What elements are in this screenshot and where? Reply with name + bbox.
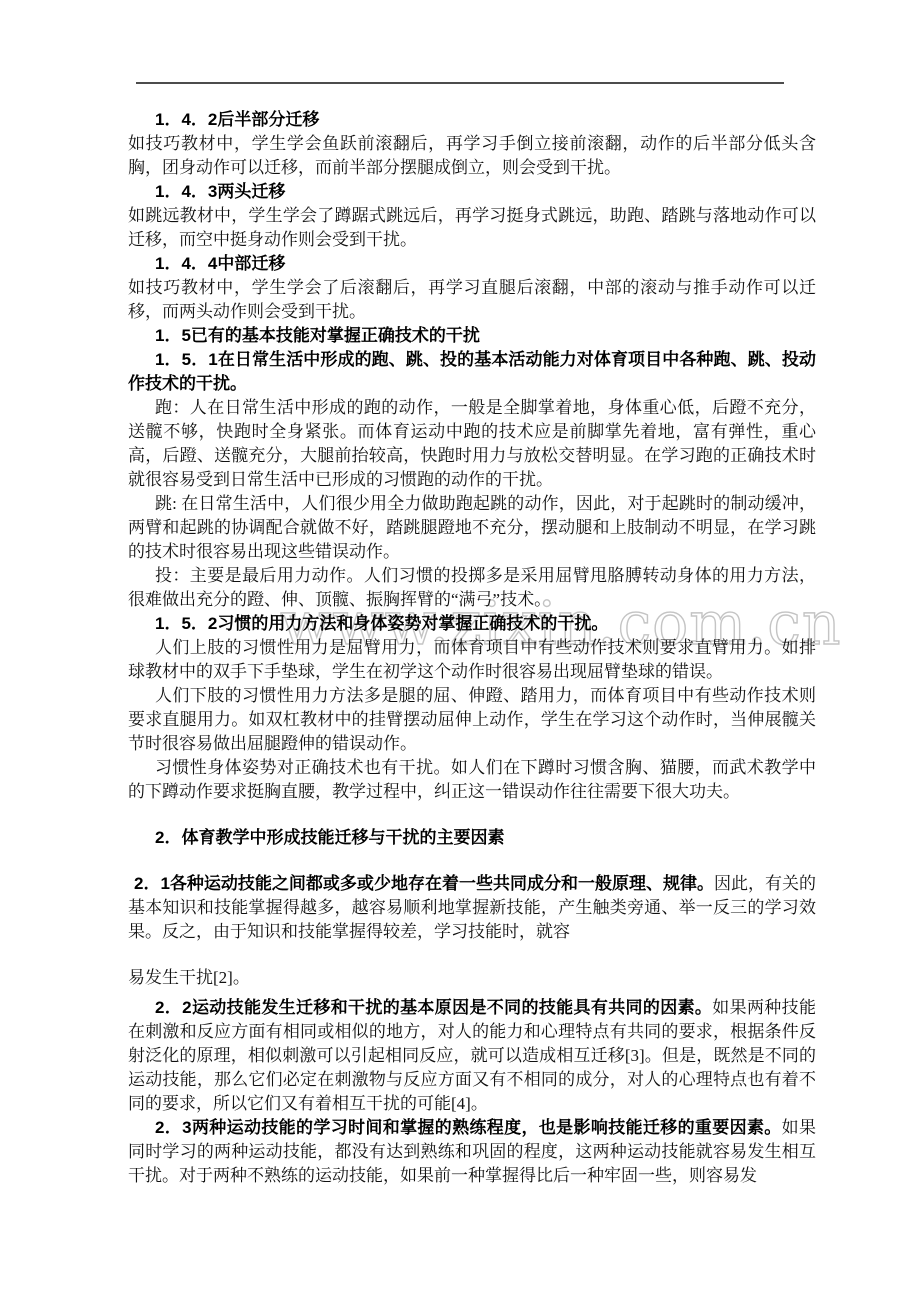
- heading: 1．4．3两头迁移: [128, 180, 816, 204]
- text-segment: 如技巧教材中，学生学会了后滚翻后，再学习直腿后滚翻，中部的滚动与推手动作可以迁移…: [128, 278, 816, 321]
- text-segment: 人们下肢的习惯性用力方法多是腿的屈、伸蹬、踏用力，而体育项目中有些动作技术则要求…: [128, 686, 816, 753]
- text-segment: 跑：人在日常生活中形成的跑的动作，一般是全脚掌着地，身体重心低，后蹬不充分，送髋…: [128, 398, 816, 489]
- paragraph: 2．1各种运动技能之间都或多或少地存在着一些共同成分和一般原理、规律。因此，有关…: [128, 872, 816, 944]
- paragraph: 人们上肢的习惯性用力是屈臂用力，而体育项目中有些动作技术则要求直臂用力。如排球教…: [128, 636, 816, 684]
- text-segment-bold: 1．4．2后半部分迁移: [155, 110, 319, 129]
- text-segment-bold: 1．4．4中部迁移: [155, 254, 285, 273]
- paragraph: 易发生干扰[2]。: [128, 966, 816, 990]
- text-segment: 跳: 在日常生活中，人们很少用全力做助跑起跳的动作，因此，对于起跳时的制动缓冲，…: [128, 494, 816, 561]
- text-segment: 易发生干扰[2]。: [128, 968, 250, 987]
- text-segment: 如跳远教材中，学生学会了蹲踞式跳远后，再学习挺身式跳远，助跑、踏跳与落地动作可以…: [128, 206, 816, 249]
- paragraph: 跳: 在日常生活中，人们很少用全力做助跑起跳的动作，因此，对于起跳时的制动缓冲，…: [128, 492, 816, 564]
- text-segment-bold: 1．5．1在日常生活中形成的跑、跳、投的基本活动能力对体育项目中各种跑、跳、投动…: [128, 350, 816, 393]
- page: { "page": { "background": "#ffffff", "te…: [0, 0, 920, 1302]
- paragraph: 如技巧教材中，学生学会了后滚翻后，再学习直腿后滚翻，中部的滚动与推手动作可以迁移…: [128, 276, 816, 324]
- paragraph: 人们下肢的习惯性用力方法多是腿的屈、伸蹬、踏用力，而体育项目中有些动作技术则要求…: [128, 684, 816, 756]
- paragraph: 投：主要是最后用力动作。人们习惯的投掷多是采用屈臂甩胳膊转动身体的用力方法，很难…: [128, 564, 816, 612]
- text-segment-bold: 2．体育教学中形成技能迁移与干扰的主要因素: [155, 828, 504, 847]
- paragraph: 如技巧教材中，学生学会鱼跃前滚翻后，再学习手倒立接前滚翻，动作的后半部分低头含胸…: [128, 132, 816, 180]
- heading: 1．5．1在日常生活中形成的跑、跳、投的基本活动能力对体育项目中各种跑、跳、投动…: [128, 348, 816, 396]
- text-segment-bold: 1．5已有的基本技能对掌握正确技术的干扰: [155, 326, 480, 345]
- paragraph: 2．2运动技能发生迁移和干扰的基本原因是不同的技能具有共同的因素。如果两种技能在…: [128, 996, 816, 1116]
- heading: 1．4．4中部迁移: [128, 252, 816, 276]
- text-segment: 如技巧教材中，学生学会鱼跃前滚翻后，再学习手倒立接前滚翻，动作的后半部分低头含胸…: [128, 134, 816, 177]
- text-segment: 人们上肢的习惯性用力是屈臂用力，而体育项目中有些动作技术则要求直臂用力。如排球教…: [128, 638, 816, 681]
- document-body: 1．4．2后半部分迁移如技巧教材中，学生学会鱼跃前滚翻后，再学习手倒立接前滚翻，…: [128, 108, 816, 1188]
- text-segment: 投：主要是最后用力动作。人们习惯的投掷多是采用屈臂甩胳膊转动身体的用力方法，很难…: [128, 566, 816, 609]
- text-segment: 习惯性身体姿势对正确技术也有干扰。如人们在下蹲时习惯含胸、猫腰，而武术教学中的下…: [128, 758, 816, 801]
- paragraph: 如跳远教材中，学生学会了蹲踞式跳远后，再学习挺身式跳远，助跑、踏跳与落地动作可以…: [128, 204, 816, 252]
- text-segment-bold: 2．1各种运动技能之间都或多或少地存在着一些共同成分和一般原理、规律。: [134, 874, 714, 893]
- text-segment-bold: 2．3两种运动技能的学习时间和掌握的熟练程度，也是影响技能迁移的重要因素。: [155, 1118, 782, 1137]
- paragraph: 2．3两种运动技能的学习时间和掌握的熟练程度，也是影响技能迁移的重要因素。如果同…: [128, 1116, 816, 1188]
- heading: 1．5已有的基本技能对掌握正确技术的干扰: [128, 324, 816, 348]
- heading: 1．5．2习惯的用力方法和身体姿势对掌握正确技术的干扰。: [128, 612, 816, 636]
- text-segment-bold: 2．2运动技能发生迁移和干扰的基本原因是不同的技能具有共同的因素。: [155, 998, 712, 1017]
- heading: 2．体育教学中形成技能迁移与干扰的主要因素: [128, 826, 816, 850]
- paragraph: 习惯性身体姿势对正确技术也有干扰。如人们在下蹲时习惯含胸、猫腰，而武术教学中的下…: [128, 756, 816, 804]
- paragraph: 跑：人在日常生活中形成的跑的动作，一般是全脚掌着地，身体重心低，后蹬不充分，送髋…: [128, 396, 816, 492]
- heading: 1．4．2后半部分迁移: [128, 108, 816, 132]
- text-segment-bold: 1．5．2习惯的用力方法和身体姿势对掌握正确技术的干扰。: [155, 614, 608, 633]
- header-divider-line: [136, 82, 784, 84]
- text-segment-bold: 1．4．3两头迁移: [155, 182, 285, 201]
